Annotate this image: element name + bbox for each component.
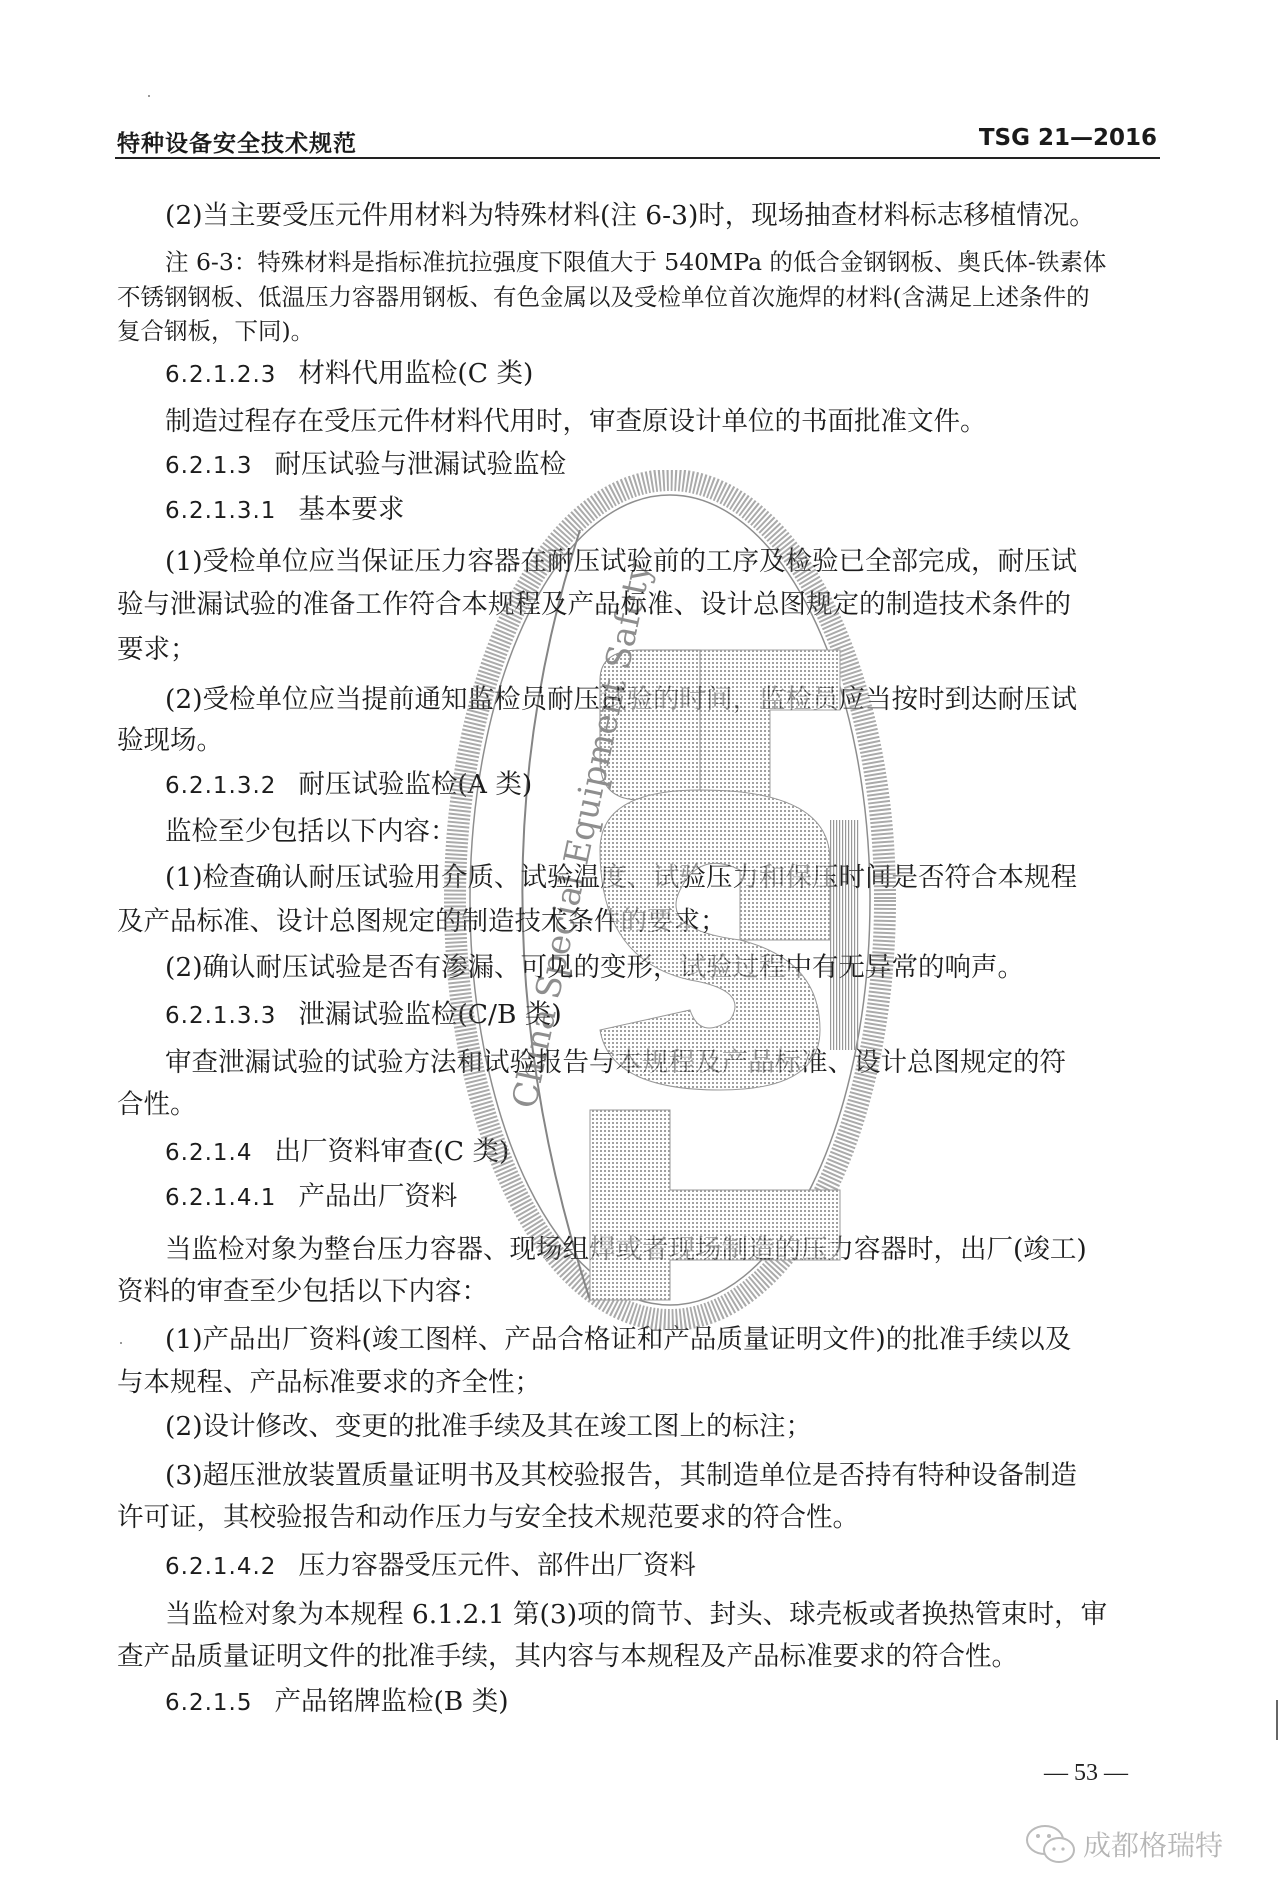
scan-artifact xyxy=(120,1342,122,1344)
section-heading: 6.2.1.4.1产品出厂资料 xyxy=(165,1181,457,1214)
paragraph-line: (1)检查确认耐压试验用介质、试验温度、试验压力和保压时间是否符合本规程 xyxy=(165,862,1077,894)
section-number: 6.2.1.3 xyxy=(165,453,252,479)
header-rule xyxy=(115,157,1160,159)
paragraph-line: 验现场。 xyxy=(117,725,223,757)
section-heading: 6.2.1.2.3材料代用监检(C 类) xyxy=(165,358,533,391)
section-number: 6.2.1.4.1 xyxy=(165,1185,276,1211)
paragraph-line: (1)产品出厂资料(竣工图样、产品合格证和产品质量证明文件)的批准手续以及 xyxy=(165,1324,1071,1356)
wechat-watermark: 成都格瑞特 xyxy=(1025,1822,1223,1866)
paragraph-line: 合性。 xyxy=(117,1089,197,1121)
section-heading: 6.2.1.5产品铭牌监检(B 类) xyxy=(165,1686,509,1719)
section-title: 基本要求 xyxy=(298,494,404,525)
section-heading: 6.2.1.4.2压力容器受压元件、部件出厂资料 xyxy=(165,1550,696,1583)
section-number: 6.2.1.3.3 xyxy=(165,1003,276,1029)
paragraph-line: 及产品标准、设计总图规定的制造技术条件的要求； xyxy=(117,906,727,938)
paragraph-line: 要求； xyxy=(117,634,197,666)
note-line: 复合钢板，下同)。 xyxy=(117,315,314,347)
section-number: 6.2.1.3.1 xyxy=(165,498,276,524)
paragraph-line: 制造过程存在受压元件材料代用时，审查原设计单位的书面批准文件。 xyxy=(165,406,987,438)
section-title: 产品出厂资料 xyxy=(298,1181,457,1212)
paragraph-line: 资料的审查至少包括以下内容： xyxy=(117,1276,488,1308)
section-title: 产品铭牌监检(B 类) xyxy=(274,1686,508,1717)
section-heading: 6.2.1.3耐压试验与泄漏试验监检 xyxy=(165,449,566,482)
note-line: 不锈钢钢板、低温压力容器用钢板、有色金属以及受检单位首次施焊的材料(含满足上述条… xyxy=(117,281,1090,313)
paragraph-line: 审查泄漏试验的试验方法和试验报告与本规程及产品标准、设计总图规定的符 xyxy=(165,1047,1066,1079)
header-title: 特种设备安全技术规范 xyxy=(117,125,357,158)
section-number: 6.2.1.4.2 xyxy=(165,1554,276,1580)
section-title: 材料代用监检(C 类) xyxy=(298,358,533,389)
section-title: 耐压试验监检(A 类) xyxy=(298,769,532,800)
watermark-label: 成都格瑞特 xyxy=(1083,1824,1223,1864)
paragraph-line: 监检至少包括以下内容： xyxy=(165,816,457,848)
paragraph-line: (2)当主要受压元件用材料为特殊材料(注 6-3)时，现场抽查材料标志移植情况。 xyxy=(165,200,1096,232)
paragraph-line: 查产品质量证明文件的批准手续，其内容与本规程及产品标准要求的符合性。 xyxy=(117,1641,1018,1673)
paragraph-line: 许可证，其校验报告和动作压力与安全技术规范要求的符合性。 xyxy=(117,1502,859,1534)
paragraph-line: 当监检对象为本规程 6.1.2.1 第(3)项的筒节、封头、球壳板或者换热管束时… xyxy=(165,1599,1107,1631)
section-heading: 6.2.1.3.1基本要求 xyxy=(165,494,404,527)
paragraph-line: (1)受检单位应当保证压力容器在耐压试验前的工序及检验已全部完成，耐压试 xyxy=(165,546,1077,578)
section-heading: 6.2.1.3.3泄漏试验监检(C/B 类) xyxy=(165,999,562,1032)
section-title: 压力容器受压元件、部件出厂资料 xyxy=(298,1550,696,1581)
paragraph-line: (2)确认耐压试验是否有渗漏、可见的变形，试验过程中有无异常的响声。 xyxy=(165,952,1024,984)
section-heading: 6.2.1.3.2耐压试验监检(A 类) xyxy=(165,769,532,802)
paragraph-line: (2)受检单位应当提前通知监检员耐压试验的时间，监检员应当按时到达耐压试 xyxy=(165,684,1077,716)
scan-artifact xyxy=(148,95,150,97)
paragraph-line: 当监检对象为整台压力容器、现场组焊或者现场制造的压力容器时，出厂(竣工) xyxy=(165,1234,1087,1266)
section-title: 泄漏试验监检(C/B 类) xyxy=(298,999,561,1030)
paragraph-line: (2)设计修改、变更的批准手续及其在竣工图上的标注； xyxy=(165,1411,812,1443)
note-line: 注 6-3：特殊材料是指标准抗拉强度下限值大于 540MPa 的低合金钢钢板、奥… xyxy=(165,246,1106,278)
page-number: — 53 — xyxy=(1044,1760,1128,1787)
section-number: 6.2.1.4 xyxy=(165,1140,252,1166)
wechat-icon xyxy=(1025,1822,1077,1866)
paragraph-line: 与本规程、产品标准要求的齐全性； xyxy=(117,1367,541,1399)
paragraph-line: 验与泄漏试验的准备工作符合本规程及产品标准、设计总图规定的制造技术条件的 xyxy=(117,589,1071,621)
document-page: 特种设备安全技术规范 TSG 21—2016 (2)当主要受压元件用材料为特殊材… xyxy=(0,0,1280,1892)
section-title: 耐压试验与泄漏试验监检 xyxy=(274,449,566,480)
section-number: 6.2.1.3.2 xyxy=(165,773,276,799)
paragraph-line: (3)超压泄放装置质量证明书及其校验报告，其制造单位是否持有特种设备制造 xyxy=(165,1460,1077,1492)
section-heading: 6.2.1.4出厂资料审查(C 类) xyxy=(165,1136,509,1169)
header-standard-code: TSG 21—2016 xyxy=(979,125,1157,151)
section-title: 出厂资料审查(C 类) xyxy=(274,1136,509,1167)
scan-edge xyxy=(1276,1700,1278,1740)
section-number: 6.2.1.5 xyxy=(165,1690,252,1716)
section-number: 6.2.1.2.3 xyxy=(165,362,276,388)
